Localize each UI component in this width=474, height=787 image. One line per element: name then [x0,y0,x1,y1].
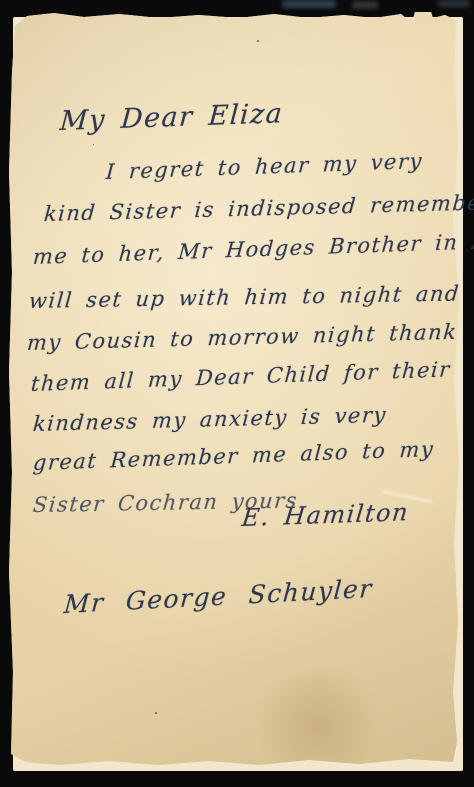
paper-speck [155,712,157,714]
signature: E. Hamilton [241,498,411,532]
margin-gray-smudge [352,1,378,9]
paper-speck [93,144,94,145]
margin-corner-smudge [438,0,470,7]
paper-speck [257,40,259,42]
letter-scan: My Dear Eliza I regret to hear my very k… [0,0,474,787]
margin-ink-smudge [282,0,336,8]
